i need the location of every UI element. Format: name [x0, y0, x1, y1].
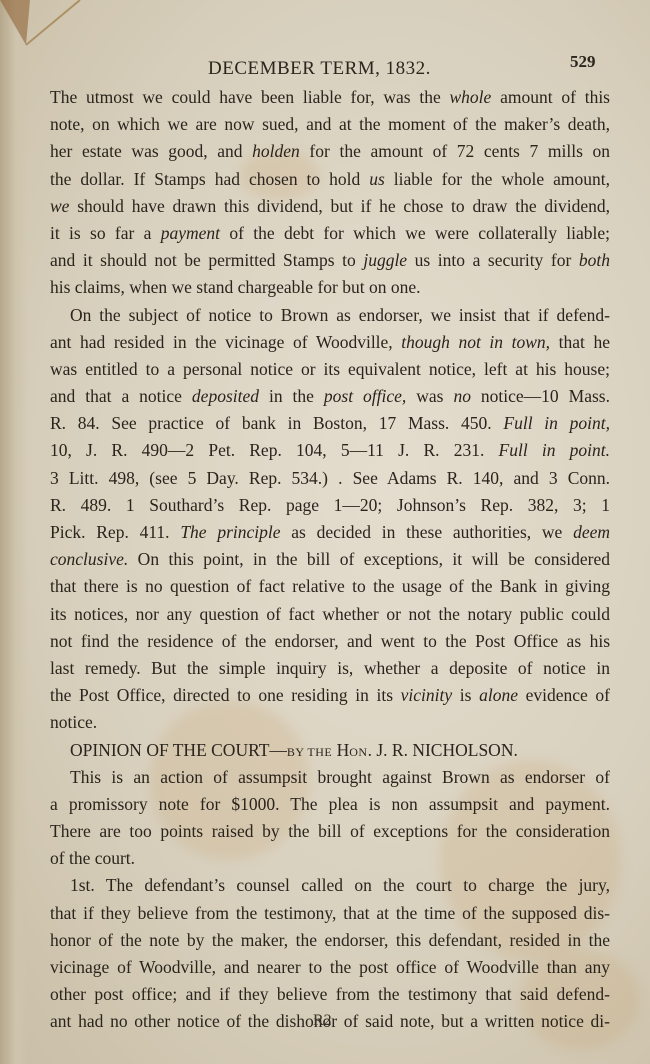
text-segment: H: [332, 740, 349, 760]
text-line: This is an action of assumpsit brought a…: [50, 764, 610, 791]
text-line: On the subject of notice to Brown as end…: [50, 302, 610, 329]
text-segment: her estate was good, and: [50, 141, 252, 161]
italic-text: deem: [573, 522, 610, 542]
text-line: that if they believe from the testimony,…: [50, 900, 610, 927]
text-line: 3 Litt. 498, (see 5 Day. Rep. 534.) . Se…: [50, 465, 610, 492]
text-line: it is so far a payment of the debt for w…: [50, 220, 610, 247]
text-segment: last remedy. But the simple inquiry is, …: [50, 658, 610, 678]
text-segment: 3 Litt. 498, (see 5 Day. Rep. 534.) . Se…: [50, 468, 610, 488]
text-segment: in the: [259, 386, 324, 406]
italic-text: deposited: [192, 386, 259, 406]
text-line: R. 489. 1 Southard’s Rep. page 1—20; Joh…: [50, 492, 610, 519]
text-line: 10, J. R. 490—2 Pet. Rep. 104, 5—11 J. R…: [50, 437, 610, 464]
text-line: Pick. Rep. 411. The principle as decided…: [50, 519, 610, 546]
text-line: not find the residence of the endorser, …: [50, 628, 610, 655]
page-number: 529: [570, 52, 596, 72]
text-segment: us into a security for: [407, 250, 579, 270]
text-segment: evidence of: [518, 685, 610, 705]
italic-text: payment: [161, 223, 220, 243]
text-segment: ON: [349, 745, 367, 759]
text-segment: that he: [550, 332, 610, 352]
text-segment: that if they believe from the testimony,…: [50, 903, 610, 923]
text-segment: other post office; and if they believe f…: [50, 984, 610, 1004]
signature-mark: R2: [313, 1012, 332, 1030]
text-segment: for the amount of 72 cents 7 mills on: [300, 141, 610, 161]
text-segment: vicinage of Woodville, and nearer to the…: [50, 957, 610, 977]
text-segment: The utmost we could have been liable for…: [50, 87, 450, 107]
text-segment: BY THE: [287, 745, 332, 759]
text-line: vicinage of Woodville, and nearer to the…: [50, 954, 610, 981]
torn-corner-mark: [0, 0, 90, 60]
text-line: its notices, nor any question of fact wh…: [50, 601, 610, 628]
italic-text: conclusive.: [50, 549, 128, 569]
page-gutter-shadow: [0, 0, 28, 1064]
text-line: notice.: [50, 709, 610, 736]
text-line: There are too points raised by the bill …: [50, 818, 610, 845]
text-line: her estate was good, and holden for the …: [50, 138, 610, 165]
text-segment: notice—10 Mass.: [471, 386, 610, 406]
text-line: other post office; and if they believe f…: [50, 981, 610, 1008]
text-line: last remedy. But the simple inquiry is, …: [50, 655, 610, 682]
page-header: DECEMBER TERM, 1832. 529: [0, 52, 650, 82]
text-segment: that there is no question of fact relati…: [50, 576, 610, 596]
text-line: The utmost we could have been liable for…: [50, 84, 610, 111]
text-segment: OPINION OF THE COURT—: [70, 740, 287, 760]
italic-text: alone: [479, 685, 518, 705]
text-line: of the court.: [50, 845, 610, 872]
italic-text: vicinity: [401, 685, 453, 705]
text-segment: of the court.: [50, 848, 135, 868]
text-line: conclusive. On this point, in the bill o…: [50, 546, 610, 573]
body-text: The utmost we could have been liable for…: [50, 84, 610, 1036]
text-line: the dollar. If Stamps had chosen to hold…: [50, 166, 610, 193]
text-segment: its notices, nor any question of fact wh…: [50, 604, 610, 624]
text-segment: 1st. The defendant’s counsel called on t…: [70, 875, 610, 895]
text-segment: a promissory note for $1000. The plea is…: [50, 794, 610, 814]
italic-text: whole: [450, 87, 492, 107]
italic-text: though not in town,: [401, 332, 550, 352]
text-line: note, on which we are now sued, and at t…: [50, 111, 610, 138]
text-segment: of the debt for which we were collateral…: [220, 223, 610, 243]
text-line: his claims, when we stand chargeable for…: [50, 274, 610, 301]
text-segment: was: [406, 386, 453, 406]
italic-text: no: [453, 386, 471, 406]
italic-text: we: [50, 196, 69, 216]
text-segment: and it should not be permitted Stamps to: [50, 250, 363, 270]
text-segment: Pick. Rep. 411.: [50, 522, 180, 542]
text-segment: 10, J. R. 490—2 Pet. Rep. 104, 5—11 J. R…: [50, 440, 499, 460]
text-line: that there is no question of fact relati…: [50, 573, 610, 600]
text-segment: This is an action of assumpsit brought a…: [70, 767, 610, 787]
text-segment: R. 84. See practice of bank in Boston, 1…: [50, 413, 503, 433]
text-segment: honor of the note by the maker, the endo…: [50, 930, 610, 950]
italic-text: The principle: [180, 522, 280, 542]
text-segment: the Post Office, directed to one residin…: [50, 685, 401, 705]
section-heading: OPINION OF THE COURT—BY THE HON. J. R. N…: [50, 737, 610, 764]
text-line: R. 84. See practice of bank in Boston, 1…: [50, 410, 610, 437]
italic-text: us: [369, 169, 385, 189]
text-line: and it should not be permitted Stamps to…: [50, 247, 610, 274]
text-segment: R. 489. 1 Southard’s Rep. page 1—20; Joh…: [50, 495, 610, 515]
text-line: the Post Office, directed to one residin…: [50, 682, 610, 709]
text-line: honor of the note by the maker, the endo…: [50, 927, 610, 954]
italic-text: post office,: [324, 386, 406, 406]
text-segment: is: [452, 685, 479, 705]
text-line: and that a notice deposited in the post …: [50, 383, 610, 410]
text-segment: On the subject of notice to Brown as end…: [70, 305, 610, 325]
text-segment: it is so far a: [50, 223, 161, 243]
text-segment: . J. R. NICHOLSON.: [368, 740, 518, 760]
text-segment: ant had resided in the vicinage of Woodv…: [50, 332, 401, 352]
text-segment: was entitled to a personal notice or its…: [50, 359, 610, 379]
running-head: DECEMBER TERM, 1832.: [208, 58, 431, 80]
text-segment: note, on which we are now sued, and at t…: [50, 114, 610, 134]
text-segment: should have drawn this dividend, but if …: [69, 196, 610, 216]
text-segment: On this point, in the bill of exceptions…: [128, 549, 610, 569]
text-segment: as decided in these authorities, we: [281, 522, 574, 542]
italic-text: holden: [252, 141, 300, 161]
text-segment: his claims, when we stand chargeable for…: [50, 277, 420, 297]
text-line: ant had resided in the vicinage of Woodv…: [50, 329, 610, 356]
text-line: 1st. The defendant’s counsel called on t…: [50, 872, 610, 899]
text-segment: not find the residence of the endorser, …: [50, 631, 610, 651]
italic-text: Full in point,: [503, 413, 610, 433]
italic-text: both: [579, 250, 610, 270]
text-segment: the dollar. If Stamps had chosen to hold: [50, 169, 369, 189]
text-segment: amount of this: [491, 87, 610, 107]
text-segment: liable for the whole amount,: [385, 169, 610, 189]
italic-text: Full in point.: [499, 440, 611, 460]
text-line: we should have drawn this dividend, but …: [50, 193, 610, 220]
text-segment: notice.: [50, 712, 97, 732]
text-segment: There are too points raised by the bill …: [50, 821, 610, 841]
text-line: was entitled to a personal notice or its…: [50, 356, 610, 383]
text-line: a promissory note for $1000. The plea is…: [50, 791, 610, 818]
text-segment: and that a notice: [50, 386, 192, 406]
italic-text: juggle: [363, 250, 407, 270]
